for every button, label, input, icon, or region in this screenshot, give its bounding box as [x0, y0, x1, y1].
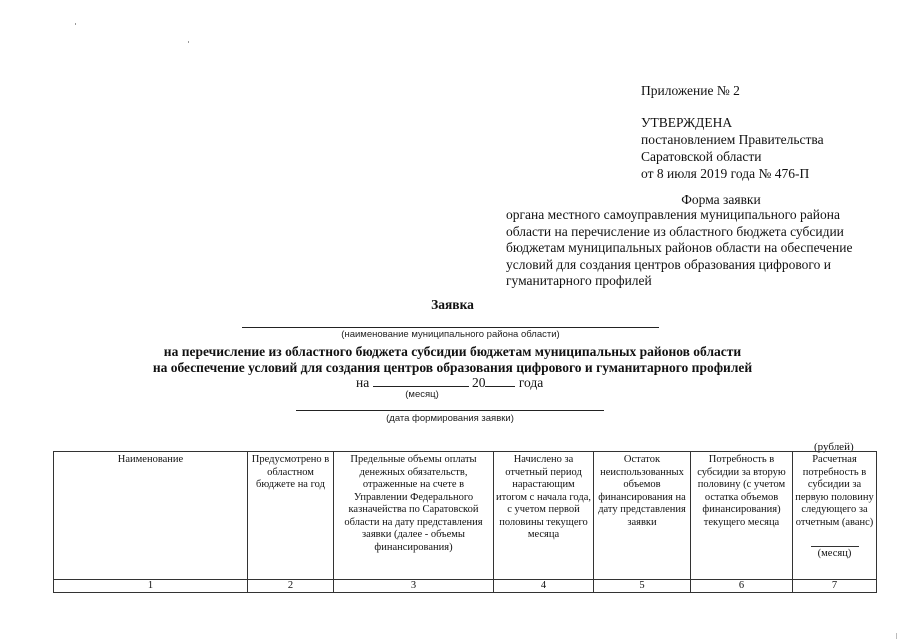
district-name-caption: (наименование муниципального района обла… — [242, 329, 659, 340]
request-table: Наименование Предусмотрено в областном б… — [53, 451, 877, 593]
appendix-label: Приложение № 2 — [641, 82, 740, 99]
column-header-name: Наименование — [54, 452, 248, 580]
column-number: 2 — [248, 580, 334, 593]
request-subject-line: на перечисление из областного бюджета су… — [0, 343, 905, 360]
column-header-remaining: Остаток неиспользованных объемов финанси… — [594, 452, 691, 580]
column-number: 7 — [793, 580, 877, 593]
month-caption: (месяц) — [372, 389, 472, 400]
column-number: 6 — [691, 580, 793, 593]
year-field[interactable] — [485, 374, 515, 387]
column-header-advance: Расчетная потребность в субсидии за перв… — [793, 452, 877, 580]
approved-title: УТВЕРЖДЕНА — [641, 114, 824, 131]
column-number: 4 — [494, 580, 594, 593]
form-description-line: условий для создания центров образования… — [506, 257, 866, 274]
form-description: органа местного самоуправления муниципал… — [506, 207, 866, 290]
form-description-line: гуманитарного профилей — [506, 273, 866, 290]
scan-speck — [188, 41, 189, 43]
form-description-line: области на перечисление из областного бю… — [506, 224, 866, 241]
approval-block: УТВЕРЖДЕНА постановлением Правительства … — [641, 114, 824, 182]
period-prefix: на — [356, 375, 369, 390]
period-suffix: года — [519, 375, 543, 390]
period-year-prefix: 20 — [472, 375, 486, 390]
date-caption: (дата формирования заявки) — [296, 413, 604, 424]
table-header-row: Наименование Предусмотрено в областном б… — [54, 452, 877, 580]
scan-speck — [896, 633, 897, 639]
advance-header-text: Расчетная потребность в субсидии за перв… — [795, 454, 874, 528]
advance-month-caption: (месяц) — [811, 546, 859, 561]
column-number: 3 — [334, 580, 494, 593]
month-field[interactable] — [373, 374, 469, 387]
column-number: 5 — [594, 580, 691, 593]
approved-line: от 8 июля 2019 года № 476-П — [641, 165, 824, 182]
column-number: 1 — [54, 580, 248, 593]
date-field[interactable] — [296, 410, 604, 411]
column-header-accrued: Начислено за отчетный период нарастающим… — [494, 452, 594, 580]
table-number-row: 1 2 3 4 5 6 7 — [54, 580, 877, 593]
approved-line: Саратовской области — [641, 148, 824, 165]
scan-speck — [75, 23, 76, 25]
approved-line: постановлением Правительства — [641, 131, 824, 148]
form-description-line: органа местного самоуправления муниципал… — [506, 207, 866, 224]
column-header-budgeted: Предусмотрено в областном бюджете на год — [248, 452, 334, 580]
form-description-line: бюджетам муниципальных районов области н… — [506, 240, 866, 257]
column-header-limits: Предельные объемы оплаты денежных обязат… — [334, 452, 494, 580]
form-title: Форма заявки — [641, 191, 801, 208]
request-title: Заявка — [0, 297, 905, 313]
column-header-second-half-need: Потребность в субсидии за вторую половин… — [691, 452, 793, 580]
district-name-field[interactable] — [242, 327, 659, 328]
